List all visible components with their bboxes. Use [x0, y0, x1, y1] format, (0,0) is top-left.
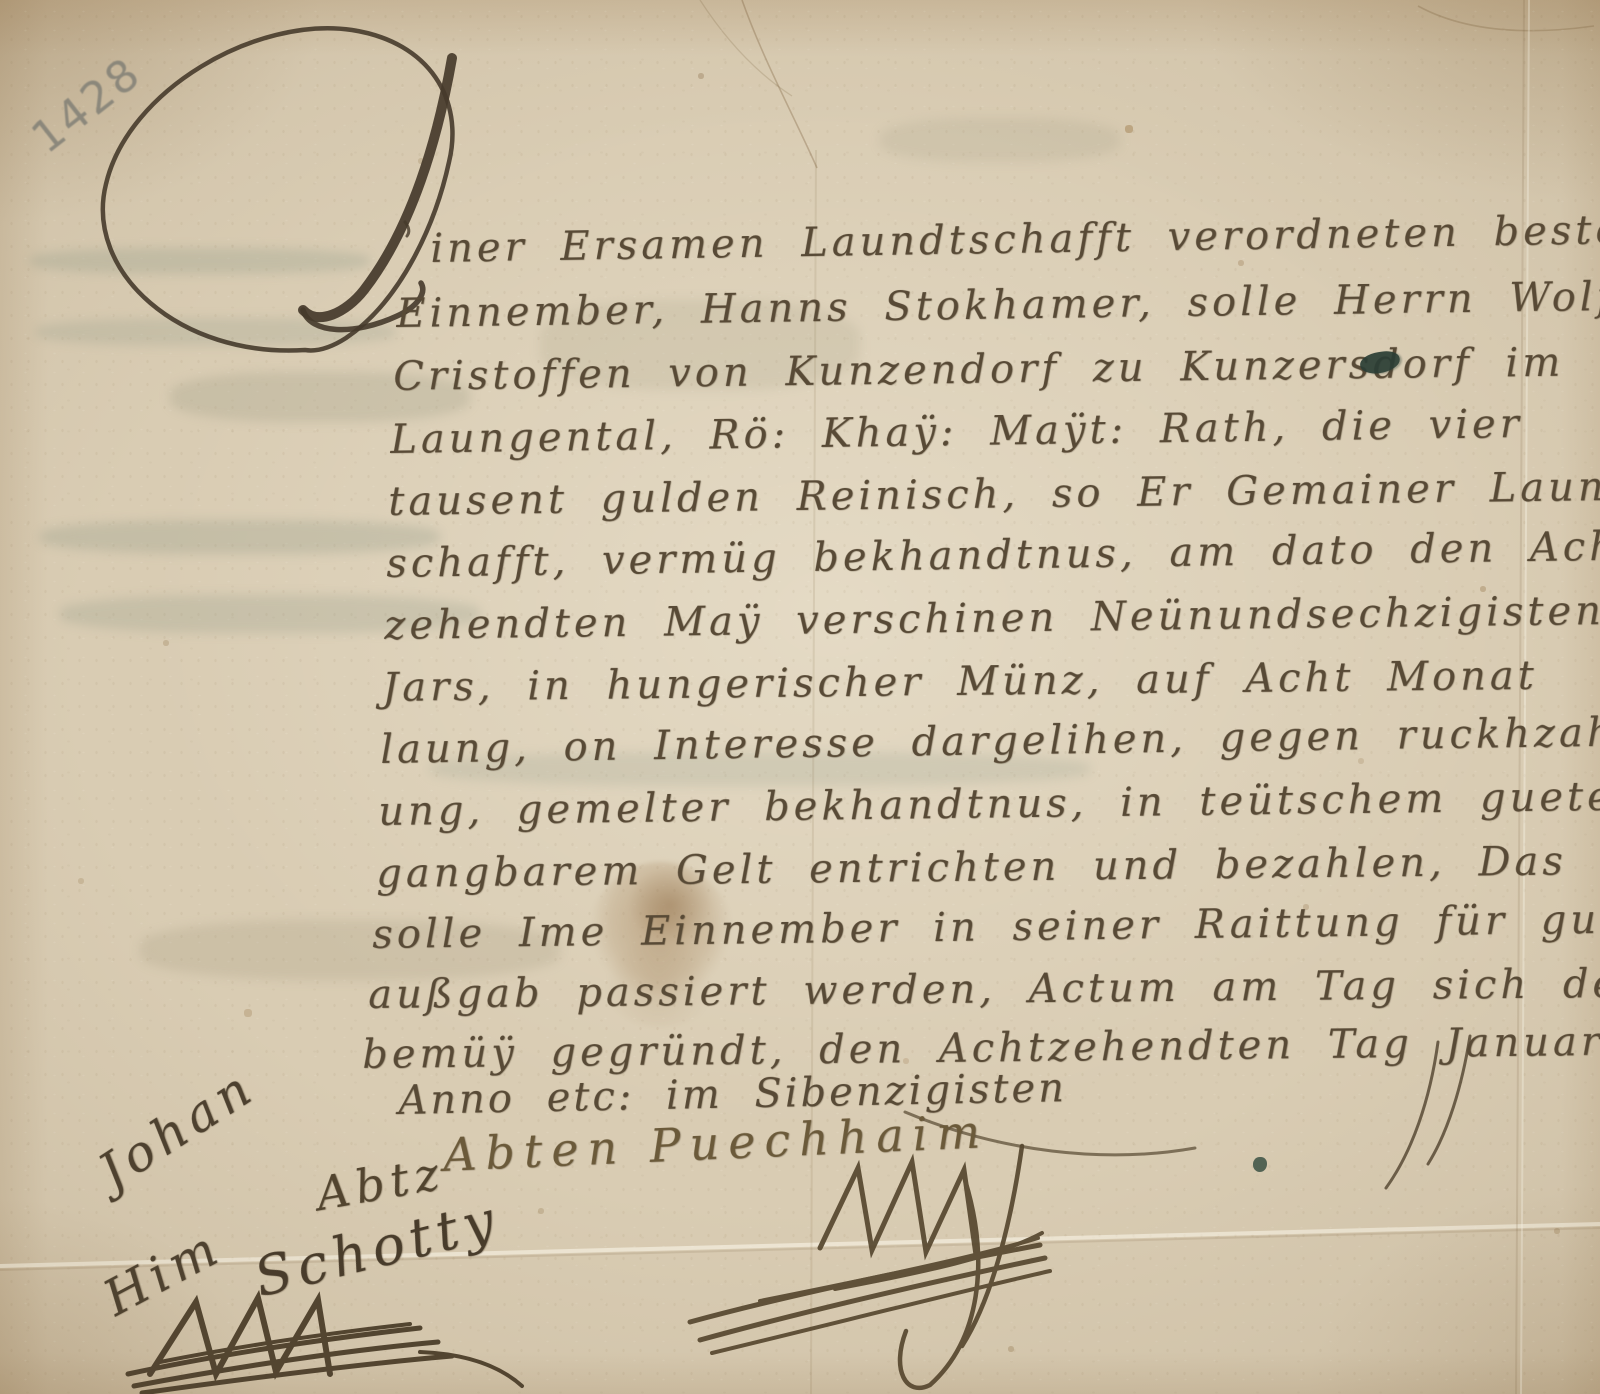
bleedthrough-band — [40, 520, 440, 554]
bleedthrough-band — [30, 248, 370, 274]
bleedthrough-band — [36, 318, 396, 346]
paper-fleck-layer — [0, 0, 2, 2]
bleedthrough-band — [880, 118, 1120, 162]
manuscript-page: 1428 iner Ersamen Laundtschafft verordne… — [0, 0, 1600, 1394]
